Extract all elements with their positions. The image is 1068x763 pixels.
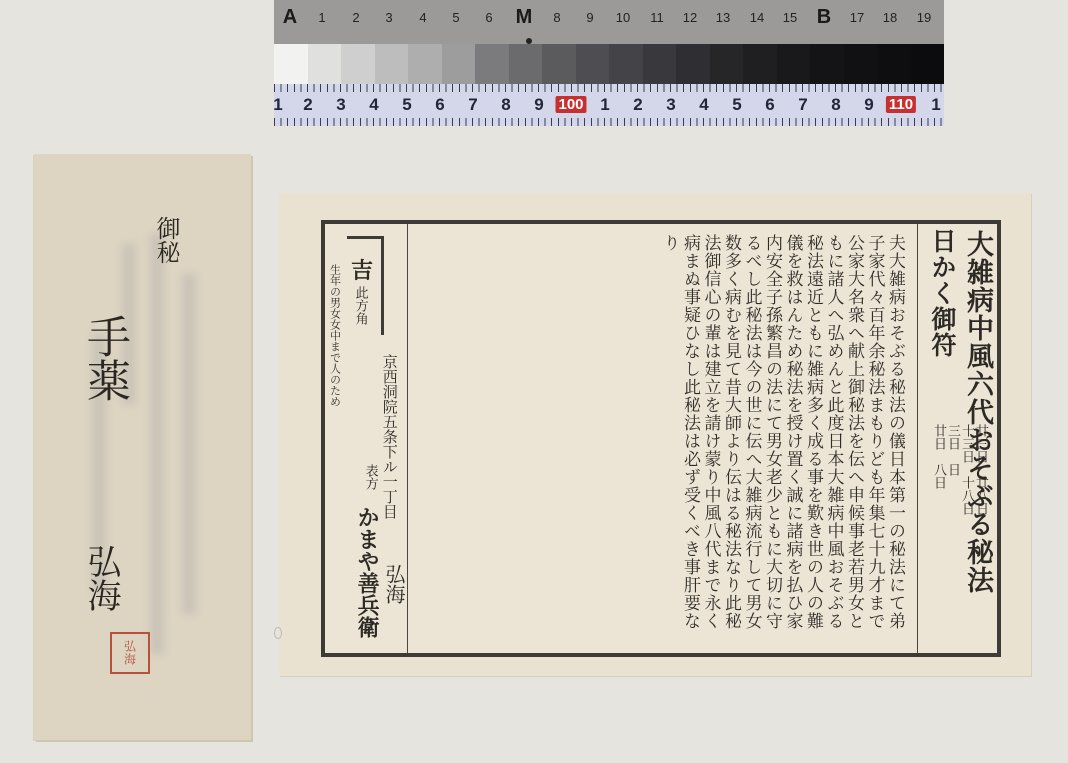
scale-label: 17 [850,10,864,25]
scale-label-strip: A123456M89101112131415B171819 [274,0,944,44]
ruler-number: 5 [402,95,411,115]
ruler-number: 6 [765,95,774,115]
agent-label: 表方 [363,464,377,490]
column-rule [407,224,408,653]
schedule-date: 十三日 十八日 [959,424,973,624]
agent-name: かまや善兵衛 [355,506,378,638]
scale-label: A [283,6,297,29]
ruler-number: 2 [633,95,642,115]
red-seal-stamp: 弘海 [110,632,150,674]
scale-label: 3 [385,10,392,25]
gray-patch [576,44,610,84]
gray-patch [877,44,911,84]
ruler-number: 7 [798,95,807,115]
ruler-number: 9 [534,95,543,115]
envelope-wrapper: 弘海 御秘手薬弘海 [34,154,251,740]
gray-patch [375,44,409,84]
scale-label: 14 [750,10,764,25]
gray-patch [911,44,945,84]
schedule-date: 廿日 八日 [931,424,945,624]
gray-patch [676,44,710,84]
scale-label: M [516,6,533,29]
column-rule [917,224,918,653]
gray-patch [442,44,476,84]
printed-broadsheet: 大雑病中風六代おそぶる秘法 日かく御符 廿日 八日三日 日十三日 十八日廿三日 … [279,193,1031,676]
ruler-number: 3 [336,95,345,115]
author-signature: 弘海 [383,564,404,604]
sheet-edge-mark [274,627,282,639]
ruler-ticks [274,118,944,126]
gray-patch [609,44,643,84]
gray-patch [274,44,308,84]
scale-label: 9 [586,10,593,25]
scale-label: 10 [616,10,630,25]
scale-label: 18 [883,10,897,25]
main-body-text: 夫大雑病おそぶる秘法の儀日本第一の秘法にて弟子家代々百年余秘法まもりども年集七十… [417,234,905,643]
scale-label: 5 [452,10,459,25]
ruler-number: 2 [303,95,312,115]
ruler-number: 7 [468,95,477,115]
ruler-number: 6 [435,95,444,115]
ruler-number: 1 [600,95,609,115]
ruler-highlight-number: 110 [886,96,916,113]
grayscale-patches [274,44,944,84]
gray-patch [308,44,342,84]
brush-inscription: 手薬 [82,314,126,402]
scale-label: 13 [716,10,730,25]
scale-label: 11 [650,10,664,25]
scale-label: B [817,6,831,29]
scale-label: 12 [683,10,697,25]
side-note: 生年の男女女中まで人のため [329,264,341,464]
scale-label: 8 [553,10,560,25]
gray-patch [844,44,878,84]
gray-patch [408,44,442,84]
ruler-number: 4 [369,95,378,115]
ruler-number: 5 [732,95,741,115]
gray-patch [743,44,777,84]
measuring-ruler: 1234567891001234567891101 [274,84,944,126]
scale-label: 2 [352,10,359,25]
scale-label: 6 [485,10,492,25]
gray-patch [475,44,509,84]
color-scale-target: A123456M89101112131415B171819 1234567891… [274,0,944,126]
ruler-number: 4 [699,95,708,115]
scale-label: 1 [318,10,325,25]
show-through-ink [182,274,196,614]
gray-patch [341,44,375,84]
document-subtitle: 日かく御符 [929,228,955,408]
brush-inscription: 弘海 [84,544,118,612]
scale-label: 19 [917,10,931,25]
scale-label: 4 [419,10,426,25]
gray-patch [810,44,844,84]
brush-inscription: 御秘 [154,216,178,264]
scale-label: 15 [783,10,797,25]
gray-patch [710,44,744,84]
ruler-number: 1 [931,95,940,115]
gray-patch [643,44,677,84]
gray-patch [509,44,543,84]
ruler-number: 8 [831,95,840,115]
printed-border-frame: 大雑病中風六代おそぶる秘法 日かく御符 廿日 八日三日 日十三日 十八日廿三日 … [321,220,1001,657]
ruler-highlight-number: 100 [555,96,586,113]
ruler-number: 1 [273,95,282,115]
gray-patch [542,44,576,84]
title-block: 大雑病中風六代おそぶる秘法 日かく御符 廿日 八日三日 日十三日 十八日廿三日 … [917,224,997,653]
schedule-date: 廿三日 廿八日 [973,424,987,624]
show-through-ink [150,234,164,654]
gray-patch [777,44,811,84]
ruler-number: 8 [501,95,510,115]
ruler-number: 9 [864,95,873,115]
kichi-note: 此方角 [353,286,367,325]
ruler-number: 3 [666,95,675,115]
publisher-address: 京西洞院五条下ル一丁目 [381,354,397,519]
schedule-date: 三日 日 [945,424,959,624]
kichi-character: 吉 [351,254,373,285]
